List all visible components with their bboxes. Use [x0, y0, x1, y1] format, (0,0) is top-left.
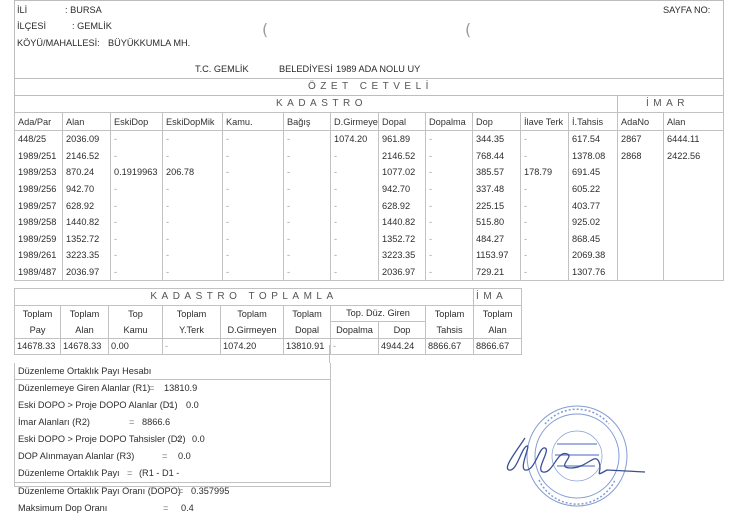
table-cell: - [521, 197, 569, 214]
table-cell [618, 247, 664, 264]
table-cell: 729.21 [473, 264, 521, 281]
table-cell: - [426, 197, 473, 214]
header-dop: Dop [379, 322, 426, 339]
table-cell: 1989/251 [15, 148, 63, 165]
header-top-duz-giren: Top. Düz. Giren [331, 305, 426, 322]
column-header: Dopal [379, 113, 426, 131]
table-cell: - [284, 131, 331, 148]
il-value: : BURSA [65, 5, 102, 15]
header-toplam-tahsis: Toplam [426, 305, 474, 322]
table-cell: 6444.11 [664, 131, 724, 148]
table-cell: 385.57 [473, 164, 521, 181]
calculation-equals: = [127, 465, 132, 482]
table-cell: - [426, 164, 473, 181]
table-cell: 337.48 [473, 181, 521, 198]
table-cell: 942.70 [379, 181, 426, 198]
table-cell: 1989/259 [15, 231, 63, 248]
table-cell: - [521, 131, 569, 148]
table-cell: 942.70 [63, 181, 111, 198]
table-cell: - [163, 148, 223, 165]
header-toplam-alan-2: Alan [61, 322, 109, 339]
table-cell: 1989/253 [15, 164, 63, 181]
bracket-mark-icon: ( [465, 20, 471, 39]
table-row: 448/252036.09----1074.20961.89-344.35-61… [15, 131, 724, 148]
calculation-equals: = [176, 431, 181, 448]
table-cell: 1153.97 [473, 247, 521, 264]
table-cell: 768.44 [473, 148, 521, 165]
table-cell: 2422.56 [664, 148, 724, 165]
ilce-value: : GEMLİK [72, 21, 112, 31]
table-cell: - [331, 264, 379, 281]
table-cell: - [223, 197, 284, 214]
table-cell: - [426, 214, 473, 231]
table-cell: 628.92 [379, 197, 426, 214]
table-cell: 2036.97 [379, 264, 426, 281]
table-cell: 3223.35 [379, 247, 426, 264]
table-cell: - [223, 131, 284, 148]
divider [14, 0, 723, 1]
official-seal-icon [495, 398, 645, 518]
table-cell: 961.89 [379, 131, 426, 148]
table-cell: 870.24 [63, 164, 111, 181]
table-cell: - [426, 264, 473, 281]
column-header: D.Girmeyen [331, 113, 379, 131]
calculation-equals: = [129, 414, 134, 431]
calculation-value: 13810.9 [164, 380, 197, 397]
bracket-mark-icon: ( [262, 20, 268, 39]
table-cell: 448/25 [15, 131, 63, 148]
municipality-name: BELEDİYESİ [279, 64, 333, 74]
calculation-value: 0.0 [192, 431, 205, 448]
summary-value: 1074.20 [221, 338, 284, 355]
table-cell: - [223, 214, 284, 231]
table-cell: - [223, 247, 284, 264]
table-cell: - [223, 231, 284, 248]
table-cell: - [163, 214, 223, 231]
summary-value: 0.00 [109, 338, 163, 355]
table-cell: 691.45 [569, 164, 618, 181]
calculation-label: Maksimum Dop Oranı [18, 500, 107, 517]
table-cell: 1074.20 [331, 131, 379, 148]
calculation-value: 8866.6 [142, 414, 170, 431]
calculation-value: 0.0 [186, 397, 199, 414]
calculation-row: Düzenleme Ortaklık Payı Oranı (DOPO)=0.3… [15, 483, 330, 500]
table-cell: 1440.82 [63, 214, 111, 231]
summary-value: 8866.67 [426, 338, 474, 355]
koy-value: BÜYÜKKUMLA MH. [108, 38, 190, 48]
table-cell: - [331, 247, 379, 264]
table-cell: 515.80 [473, 214, 521, 231]
table-cell: 178.79 [521, 164, 569, 181]
summary-value: - [331, 338, 379, 355]
table-row: 1989/2591352.72-----1352.72-484.27-868.4… [15, 231, 724, 248]
table-row: 1989/4872036.97-----2036.97-729.21-1307.… [15, 264, 724, 281]
summary-table: KADASTRO TOPLAMLA İMA Toplam Toplam Top … [14, 288, 522, 355]
calculation-equals: = [163, 500, 168, 517]
table-cell [618, 231, 664, 248]
table-cell: - [284, 247, 331, 264]
summary-value: - [163, 338, 221, 355]
table-cell: - [331, 164, 379, 181]
calculation-value: (R1 - D1 - [139, 465, 179, 482]
header-top-kamu-2: Kamu [109, 322, 163, 339]
table-cell: - [284, 164, 331, 181]
table-cell [618, 181, 664, 198]
calculation-row: Maksimum Dop Oranı=0.4 [15, 500, 330, 517]
header-top-kamu: Top [109, 305, 163, 322]
table-cell [618, 197, 664, 214]
calculation-title-text: Düzenleme Ortaklık Payı Hesabı [18, 363, 151, 380]
table-cell: 868.45 [569, 231, 618, 248]
table-cell: - [331, 148, 379, 165]
column-header: Ada/Par [15, 113, 63, 131]
table-cell: - [331, 197, 379, 214]
table-cell: - [521, 247, 569, 264]
table-cell: - [111, 181, 163, 198]
table-cell: - [163, 131, 223, 148]
table-cell [664, 264, 724, 281]
summary-value: 8866.67 [474, 338, 522, 355]
table-cell: 403.77 [569, 197, 618, 214]
table-cell: - [521, 231, 569, 248]
table-cell: - [111, 231, 163, 248]
table-cell: 1307.76 [569, 264, 618, 281]
table-cell: - [521, 214, 569, 231]
header-dopalma: Dopalma [331, 322, 379, 339]
calculation-label: DOP Alınmayan Alanlar (R3) [18, 448, 134, 465]
table-cell: - [426, 231, 473, 248]
header-imar-toplam-alan-2: Alan [474, 322, 522, 339]
table-cell: 344.35 [473, 131, 521, 148]
table-row: 1989/257628.92-----628.92-225.15-403.77 [15, 197, 724, 214]
table-cell [664, 181, 724, 198]
table-cell: 1989/256 [15, 181, 63, 198]
kadastro-group-title: KADASTRO [276, 98, 367, 109]
table-cell: 2069.38 [569, 247, 618, 264]
table-cell: - [331, 214, 379, 231]
header-toplam-yterk-2: Y.Terk [163, 322, 221, 339]
divider [14, 78, 723, 79]
table-cell: 206.78 [163, 164, 223, 181]
table-cell: - [163, 264, 223, 281]
parcel-table: Ada/ParAlanEskiDopEskiDopMikKamu.BağışD.… [14, 112, 724, 281]
table-cell: - [284, 231, 331, 248]
table-cell: - [223, 181, 284, 198]
calculation-row: Düzenleme Ortaklık Payı=(R1 - D1 - [15, 465, 330, 482]
table-cell [664, 214, 724, 231]
table-cell: - [163, 197, 223, 214]
table-cell: - [111, 148, 163, 165]
table-cell: 484.27 [473, 231, 521, 248]
dop-calculation-box: Düzenleme Ortaklık Payı HesabıDüzenlemey… [14, 363, 331, 487]
table-cell: - [284, 148, 331, 165]
table-cell: 225.15 [473, 197, 521, 214]
calculation-equals: = [162, 448, 167, 465]
table-cell: 1352.72 [63, 231, 111, 248]
table-cell: - [284, 197, 331, 214]
calculation-equals: = [178, 483, 183, 500]
table-row: 1989/2581440.82-----1440.82-515.80-925.0… [15, 214, 724, 231]
table-cell: 628.92 [63, 197, 111, 214]
table-row: 1989/256942.70-----942.70-337.48-605.22 [15, 181, 724, 198]
table-cell: 0.1919963 [111, 164, 163, 181]
table-cell: - [111, 264, 163, 281]
table-cell [618, 164, 664, 181]
table-cell: - [111, 197, 163, 214]
table-cell: 1440.82 [379, 214, 426, 231]
municipality-prefix: T.C. GEMLİK [195, 64, 249, 74]
table-cell: - [223, 148, 284, 165]
table-cell: 1077.02 [379, 164, 426, 181]
calculation-equals: = [167, 397, 172, 414]
table-cell [618, 264, 664, 281]
calculation-value: 0.0 [178, 448, 191, 465]
page-number-label: SAYFA NO: [663, 5, 710, 15]
divider [617, 95, 618, 112]
table-cell: 925.02 [569, 214, 618, 231]
column-header: AdaNo [618, 113, 664, 131]
calculation-row: İmar Alanları (R2)=8866.6 [15, 414, 330, 431]
table-cell: - [426, 131, 473, 148]
divider [329, 345, 330, 363]
il-label: İLİ [17, 5, 27, 15]
column-header: Alan [664, 113, 724, 131]
header-toplam-dgirmeyen-2: D.Girmeyen [221, 322, 284, 339]
table-cell: 3223.35 [63, 247, 111, 264]
summary-kadastro-title: KADASTRO TOPLAMLA [15, 289, 474, 306]
table-cell: 605.22 [569, 181, 618, 198]
table-cell [618, 214, 664, 231]
summary-value: 13810.91 [284, 338, 331, 355]
column-header: Alan [63, 113, 111, 131]
table-cell: - [163, 181, 223, 198]
calculation-row: Düzenlemeye Giren Alanlar (R1)=13810.9 [15, 380, 330, 397]
calculation-value: 0.357995 [191, 483, 229, 500]
calculation-label: Düzenleme Ortaklık Payı Oranı (DOPO) [18, 483, 181, 500]
table-cell: - [331, 231, 379, 248]
table-cell: - [223, 164, 284, 181]
header-toplam-pay: Toplam [15, 305, 61, 322]
summary-value: 14678.33 [15, 338, 61, 355]
calculation-row: Eski DOPO > Proje DOPO Alanlar (D1)=0.0 [15, 397, 330, 414]
column-header: Dopalma [426, 113, 473, 131]
table-cell: - [426, 181, 473, 198]
table-cell: - [521, 148, 569, 165]
table-cell: 1989/257 [15, 197, 63, 214]
header-toplam-yterk: Toplam [163, 305, 221, 322]
table-cell: - [426, 247, 473, 264]
table-cell: 617.54 [569, 131, 618, 148]
table-cell: 2867 [618, 131, 664, 148]
column-header: EskiDopMik [163, 113, 223, 131]
table-cell: - [163, 247, 223, 264]
table-row: 1989/2512146.52-----2146.52-768.44-1378.… [15, 148, 724, 165]
table-cell: 2036.97 [63, 264, 111, 281]
summary-value: 4944.24 [379, 338, 426, 355]
table-cell: - [111, 131, 163, 148]
table-cell: 1378.08 [569, 148, 618, 165]
table-cell: - [521, 181, 569, 198]
table-cell: - [331, 181, 379, 198]
column-header: İ.Tahsis [569, 113, 618, 131]
summary-value: 14678.33 [61, 338, 109, 355]
table-row: 1989/253870.240.1919963206.78---1077.02-… [15, 164, 724, 181]
header-toplam-dopal: Toplam [284, 305, 331, 322]
table-cell: 2146.52 [63, 148, 111, 165]
calculation-value: 0.4 [181, 500, 194, 517]
table-cell: - [284, 181, 331, 198]
section-title: ÖZET CETVELİ [308, 81, 433, 92]
table-cell: 1352.72 [379, 231, 426, 248]
table-cell: - [426, 148, 473, 165]
column-header: Dop [473, 113, 521, 131]
column-header: İlave Terk [521, 113, 569, 131]
calculation-row: Eski DOPO > Proje DOPO Tahsisler (D2)=0.… [15, 431, 330, 448]
table-cell: - [284, 264, 331, 281]
table-cell [664, 247, 724, 264]
calculation-label: Düzenlemeye Giren Alanlar (R1) [18, 380, 150, 397]
table-cell: - [521, 264, 569, 281]
column-header: Bağış [284, 113, 331, 131]
calculation-row: DOP Alınmayan Alanlar (R3)=0.0 [15, 448, 330, 465]
plan-title: 1989 ADA NOLU UY [336, 64, 420, 74]
table-row: 1989/2613223.35-----3223.35-1153.97-2069… [15, 247, 724, 264]
header-toplam-dgirmeyen: Toplam [221, 305, 284, 322]
calculation-label: İmar Alanları (R2) [18, 414, 90, 431]
table-cell: - [163, 231, 223, 248]
table-cell: 1989/261 [15, 247, 63, 264]
table-cell: 1989/487 [15, 264, 63, 281]
table-cell: - [223, 264, 284, 281]
calculation-label: Eski DOPO > Proje DOPO Alanlar (D1) [18, 397, 178, 414]
header-imar-toplam-alan: Toplam [474, 305, 522, 322]
header-toplam-pay-2: Pay [15, 322, 61, 339]
table-cell: - [111, 214, 163, 231]
table-cell [664, 197, 724, 214]
table-cell: 1989/258 [15, 214, 63, 231]
table-cell: 2036.09 [63, 131, 111, 148]
table-cell: 2868 [618, 148, 664, 165]
calculation-equals: = [149, 380, 154, 397]
table-cell: - [284, 214, 331, 231]
column-header: Kamu. [223, 113, 284, 131]
table-cell: - [111, 247, 163, 264]
header-toplam-dopal-2: Dopal [284, 322, 331, 339]
table-cell [664, 231, 724, 248]
calculation-label: Eski DOPO > Proje DOPO Tahsisler (D2) [18, 431, 186, 448]
calculation-title: Düzenleme Ortaklık Payı Hesabı [15, 363, 330, 380]
table-cell: 2146.52 [379, 148, 426, 165]
koy-label: KÖYÜ/MAHALLESİ: [17, 38, 100, 48]
summary-imar-title: İMA [474, 289, 522, 306]
header-toplam-alan: Toplam [61, 305, 109, 322]
calculation-label: Düzenleme Ortaklık Payı [18, 465, 120, 482]
imar-group-title: İMAR [646, 98, 689, 109]
ilce-label: İLÇESİ [17, 21, 46, 31]
header-toplam-tahsis-2: Tahsis [426, 322, 474, 339]
table-cell [664, 164, 724, 181]
column-header: EskiDop [111, 113, 163, 131]
